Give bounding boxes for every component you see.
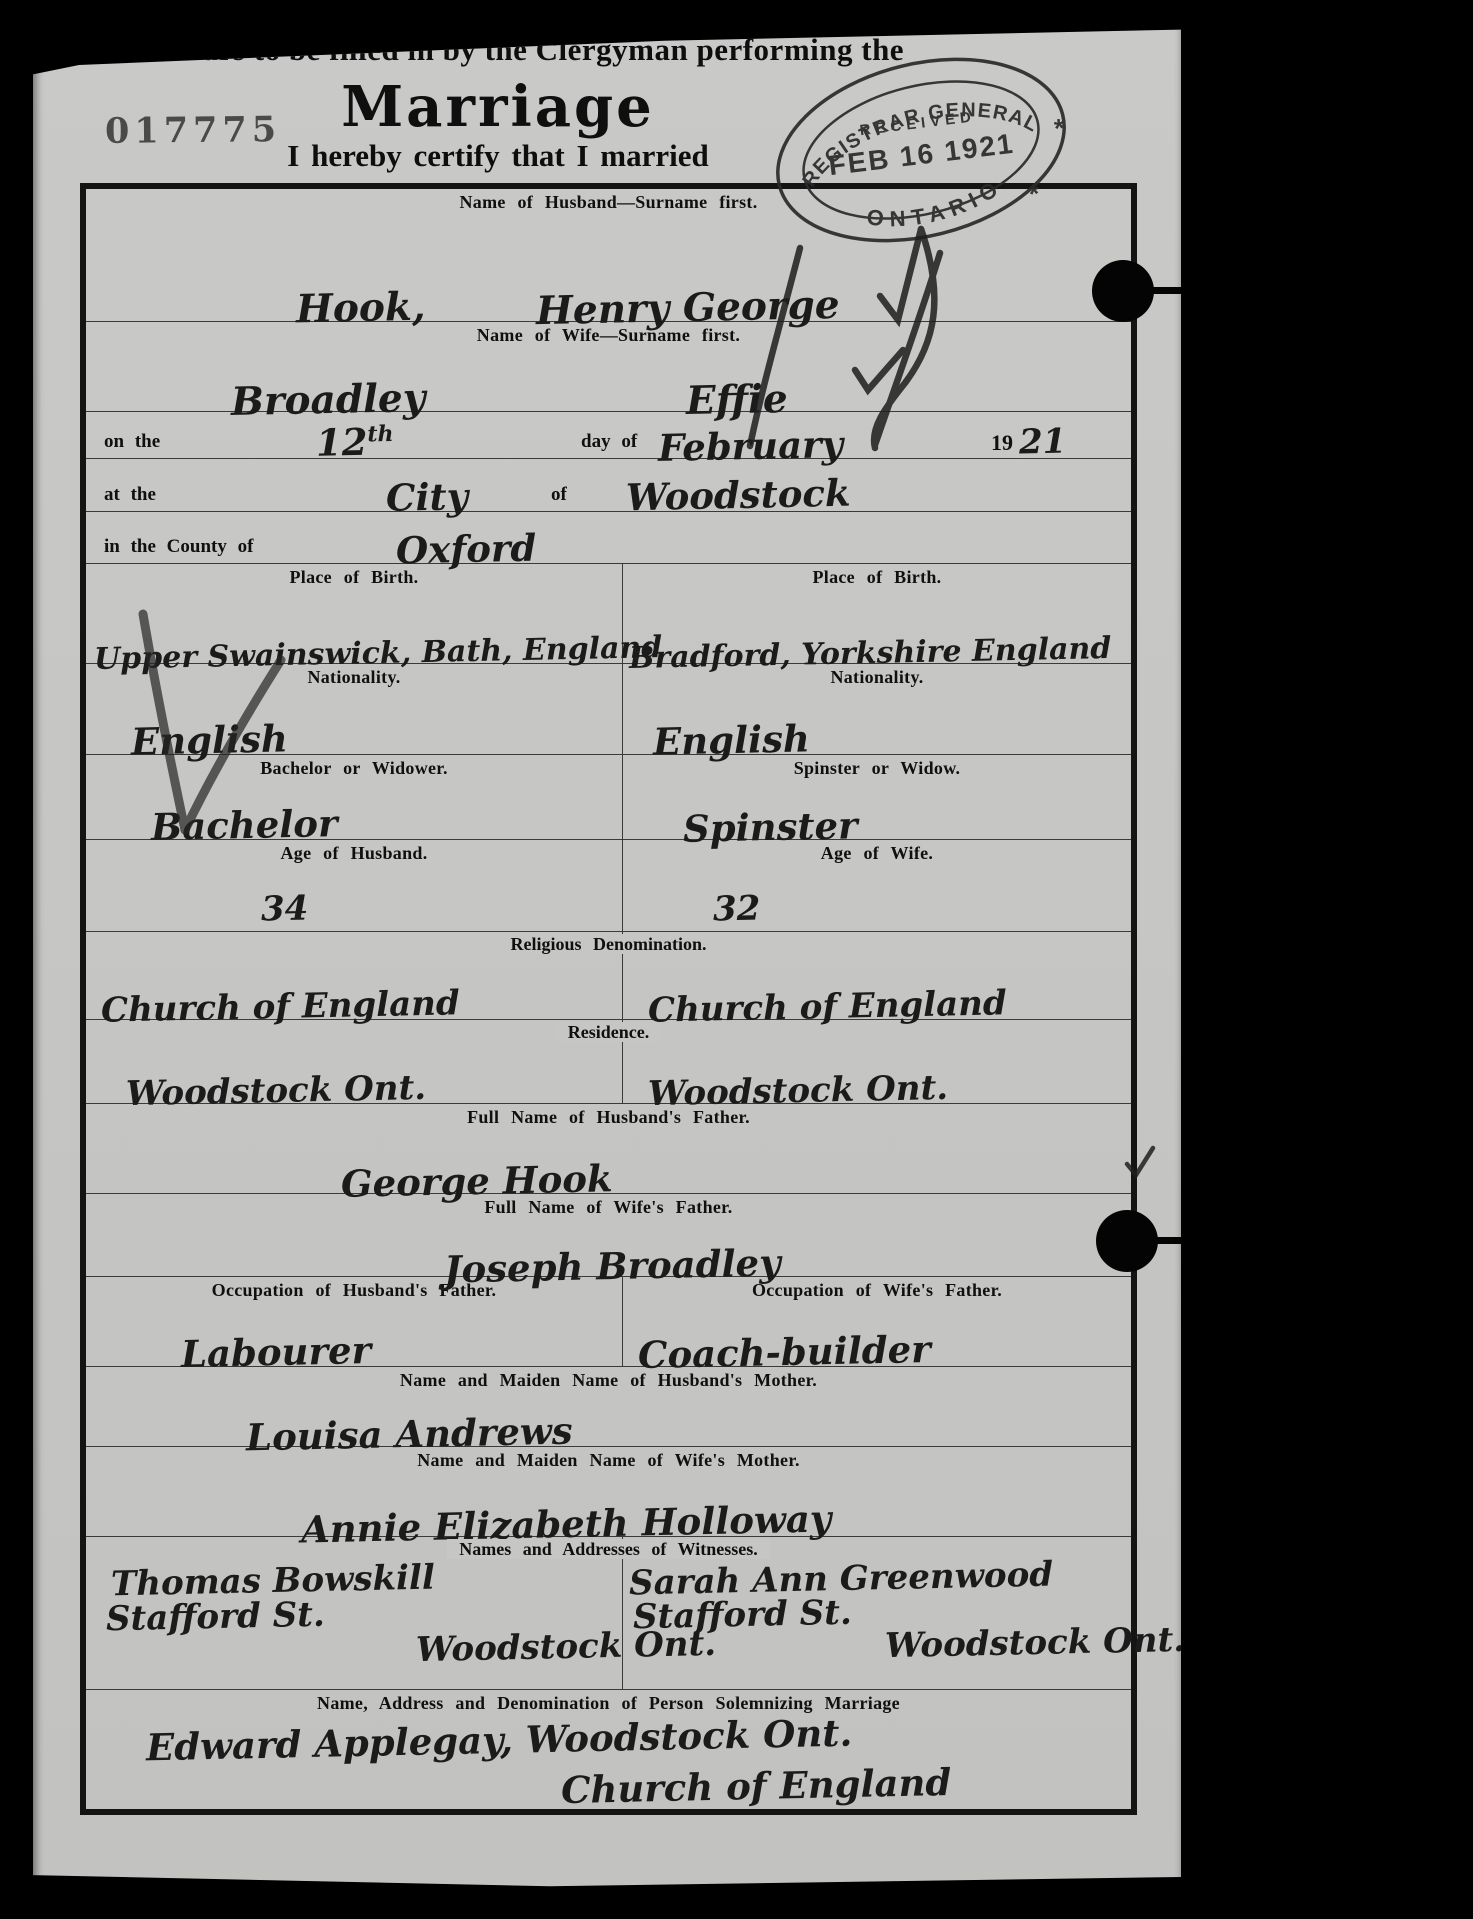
wife-age-value: 32 — [713, 889, 761, 930]
witness1-street: Stafford St. — [106, 1595, 326, 1640]
husband-surname-value: Hook, — [296, 284, 426, 333]
wife-father-value: Joseph Broadley — [444, 1240, 781, 1291]
witness2-street: Stafford St. — [633, 1593, 853, 1638]
place-type-value: City — [386, 474, 469, 520]
row-place-of-birth: Place of Birth. Upper Swainswick, Bath, … — [86, 564, 1131, 664]
husband-residence-value: Woodstock Ont. — [126, 1068, 427, 1114]
row-marital-status: Bachelor or Widower. Bachelor Spinster o… — [86, 755, 1131, 840]
wife-birth-label: Place of Birth. — [623, 564, 1131, 588]
county-value: Oxford — [396, 526, 537, 573]
row-religion: Church of England Church of England Reli… — [86, 932, 1131, 1020]
row-witnesses: Thomas Bowskill Stafford St. Woodstock O… — [86, 1537, 1131, 1690]
of-label: of — [551, 484, 567, 506]
husband-father-occupation-value: Labourer — [181, 1328, 372, 1376]
husband-status-value: Bachelor — [151, 801, 338, 849]
marriage-day-value: 12th — [316, 419, 395, 465]
wife-nationality-value: English — [653, 716, 811, 763]
year-printed-label: 19 — [991, 430, 1013, 456]
wife-given-value: Effie — [686, 376, 789, 424]
certificate-form: Name of Husband—Surname first. Hook, Hen… — [80, 183, 1137, 1815]
on-the-label: on the — [104, 431, 160, 453]
row-residence: Woodstock Ont. Woodstock Ont. Residence. — [86, 1020, 1131, 1104]
row-ages: Age of Husband. 34 Age of Wife. 32 — [86, 840, 1131, 932]
husband-mother-value: Louisa Andrews — [246, 1409, 573, 1460]
scan-background: Particulars to be filled in by the Clerg… — [0, 0, 1473, 1919]
husband-nationality-value: English — [131, 716, 289, 763]
wife-father-occupation-value: Coach-builder — [638, 1327, 932, 1377]
punch-slit-top — [1149, 287, 1183, 294]
marriage-month-value: February — [658, 422, 844, 470]
marriage-year-value: 21 — [1019, 422, 1067, 463]
place-value: Woodstock — [626, 471, 851, 520]
county-prefix-label: in the County of — [104, 536, 253, 558]
row-marriage-place: at the City of Woodstock — [86, 459, 1131, 512]
residence-label: Residence. — [86, 1022, 1131, 1043]
punch-hole-bottom — [1096, 1210, 1158, 1272]
punch-hole-top — [1092, 260, 1154, 322]
row-wife-father: Full Name of Wife's Father. Joseph Broad… — [86, 1194, 1131, 1277]
wife-surname-value: Broadley — [231, 375, 426, 425]
husband-given-value: Henry George — [536, 282, 840, 334]
husband-father-value: George Hook — [341, 1156, 613, 1206]
husband-age-value: 34 — [261, 889, 309, 930]
day-of-label: day of — [581, 431, 637, 453]
row-husband-father: Full Name of Husband's Father. George Ho… — [86, 1104, 1131, 1194]
certificate-paper: Particulars to be filled in by the Clerg… — [33, 24, 1181, 1890]
row-solemnizer: Name, Address and Denomination of Person… — [86, 1690, 1131, 1809]
wife-mother-label: Name and Maiden Name of Wife's Mother. — [86, 1447, 1131, 1471]
row-husband-mother: Name and Maiden Name of Husband's Mother… — [86, 1367, 1131, 1447]
solemnizer-name-value: Edward Applegay, Woodstock Ont. — [146, 1711, 853, 1770]
solemnizer-denomination-value: Church of England — [561, 1760, 952, 1812]
wife-residence-value: Woodstock Ont. — [648, 1068, 949, 1114]
religion-label: Religious Denomination. — [86, 934, 1131, 955]
stamp-bottom-arc-text: ONTARIO — [860, 171, 1011, 243]
husband-birth-label: Place of Birth. — [86, 564, 622, 588]
witness2-city: Woodstock Ont. — [885, 1620, 1186, 1666]
at-the-label: at the — [104, 484, 156, 506]
witnesses-label: Names and Addresses of Witnesses. — [86, 1539, 1131, 1560]
solemnizer-label: Name, Address and Denomination of Person… — [86, 1690, 1131, 1714]
punch-slit-bottom — [1153, 1237, 1183, 1244]
row-wife-name: Name of Wife—Surname first. Broadley Eff… — [86, 322, 1131, 412]
row-nationality: Nationality. English Nationality. Englis… — [86, 664, 1131, 755]
wife-status-value: Spinster — [683, 803, 858, 851]
row-father-occupation: Occupation of Husband's Father. Labourer… — [86, 1277, 1131, 1367]
header-line: Particulars to be filled in by the Clerg… — [73, 32, 923, 68]
row-county: in the County of Oxford — [86, 512, 1131, 564]
row-wife-mother: Name and Maiden Name of Wife's Mother. A… — [86, 1447, 1131, 1537]
